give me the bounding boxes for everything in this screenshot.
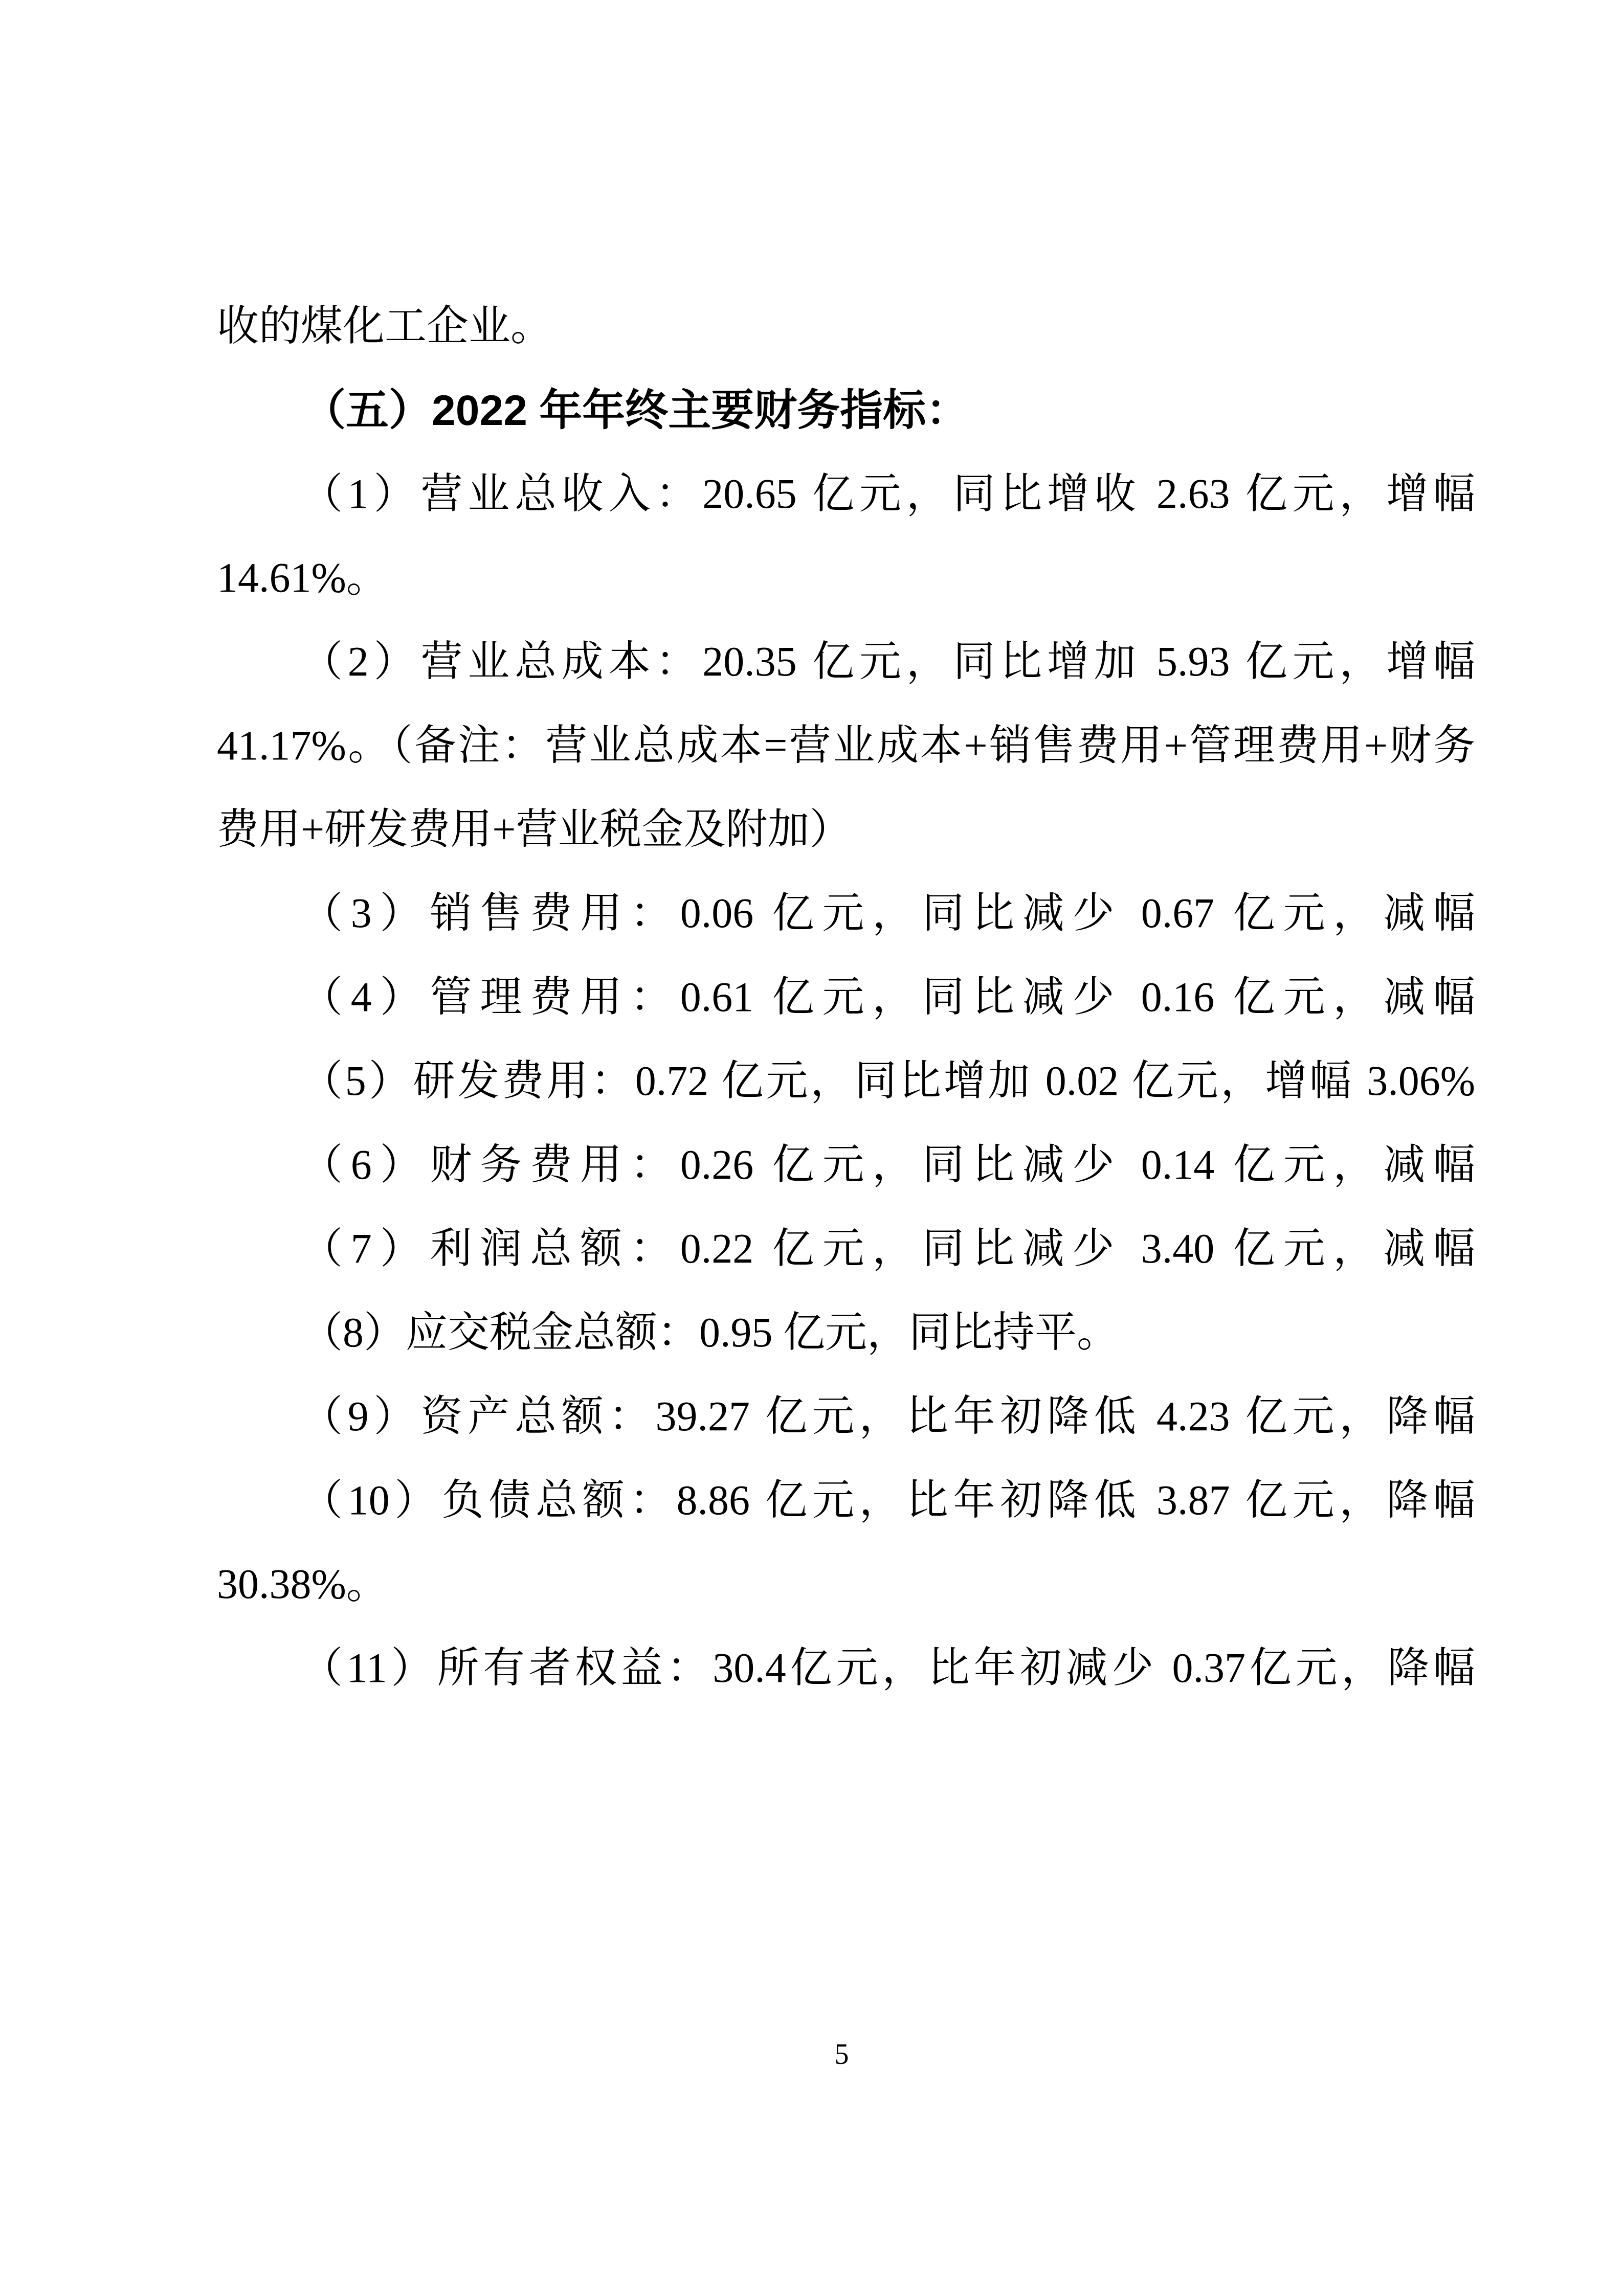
paragraph-line: （10）负债总额：8.86 亿元，比年初降低 3.87 亿元，降幅 [217, 1458, 1475, 1542]
paragraph-line: （3）销售费用：0.06 亿元，同比减少 0.67 亿元，减幅 91.87%。 [217, 871, 1475, 955]
document-page: 收的煤化工企业。 （五）2022 年年终主要财务指标： （1）营业总收入：20.… [0, 0, 1624, 2296]
paragraph-line: 14.61%。 [217, 536, 1475, 620]
paragraph-line: （7）利润总额：0.22 亿元，同比减少 3.40 亿元，减幅 93.86%。 [217, 1207, 1475, 1291]
page-number: 5 [0, 2039, 1624, 2070]
paragraph-line: 30.38%。 [217, 1542, 1475, 1626]
section-heading: （五）2022 年年终主要财务指标： [217, 368, 1475, 452]
paragraph-line: （2）营业总成本：20.35 亿元，同比增加 5.93 亿元，增幅 [217, 620, 1475, 704]
paragraph-line: （5）研发费用：0.72 亿元，同比增加 0.02 亿元，增幅 3.06% [217, 1039, 1475, 1123]
paragraph-line: （9）资产总额：39.27 亿元，比年初降低 4.23 亿元，降幅 9.74%。 [217, 1375, 1475, 1458]
document-body: 收的煤化工企业。 （五）2022 年年终主要财务指标： （1）营业总收入：20.… [217, 284, 1475, 1710]
paragraph-line: （8）应交税金总额：0.95 亿元，同比持平。 [217, 1291, 1475, 1375]
paragraph-line: （11）所有者权益：30.4亿元，比年初减少 0.37亿元，降幅1.2%。 [217, 1626, 1475, 1710]
paragraph-line: 费用+研发费用+营业税金及附加） [217, 787, 1475, 871]
paragraph-line: 收的煤化工企业。 [217, 284, 1475, 368]
paragraph-line: （6）财务费用：0.26 亿元，同比减少 0.14 亿元，减幅 34.86%。 [217, 1123, 1475, 1207]
paragraph-line: 41.17%。（备注：营业总成本=营业成本+销售费用+管理费用+财务 [217, 704, 1475, 787]
paragraph-line: （4）管理费用：0.61 亿元，同比减少 0.16 亿元，减幅 20.82%。 [217, 955, 1475, 1039]
paragraph-line: （1）营业总收入：20.65 亿元，同比增收 2.63 亿元，增幅 [217, 452, 1475, 536]
